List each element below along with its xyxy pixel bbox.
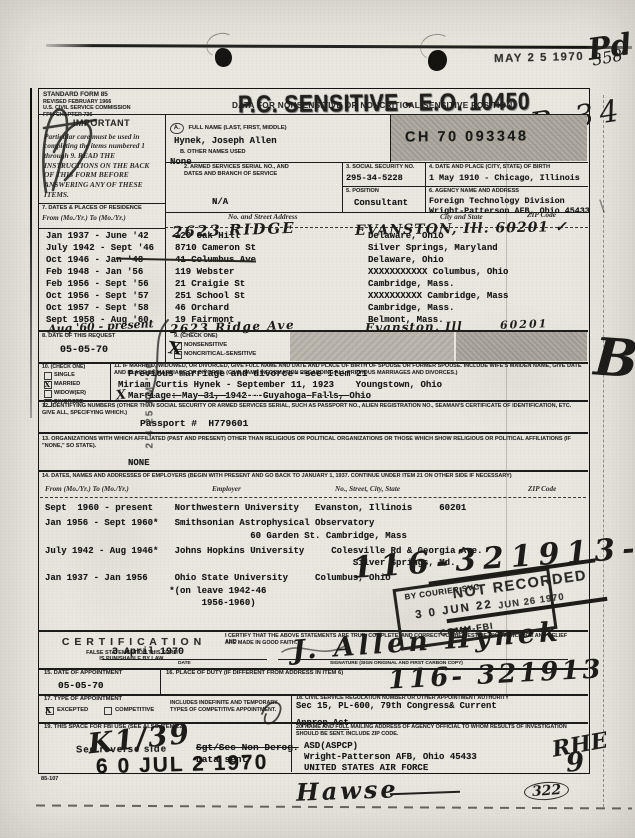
item-10-label: 10. (CHECK ONE): [42, 364, 108, 370]
checkbox-competitive: [104, 707, 112, 715]
scan-left-edge: [30, 88, 32, 418]
residence-dates: Oct 1956 - Sept '57: [46, 291, 149, 302]
punch-crescent-left: [204, 30, 239, 61]
residence-street: 8710 Cameron St: [175, 243, 256, 254]
important-box: IMPORTANT Particular care must be used i…: [44, 118, 159, 199]
item-1a-label: FULL NAME (LAST, FIRST, MIDDLE): [188, 125, 286, 131]
important-body: Particular care must be used in completi…: [44, 132, 159, 199]
item-6-value-line1: Foreign Technology Division: [429, 196, 587, 207]
item-11-line3: Marriage: May 31, 1942---Cuyahoga Falls,…: [128, 391, 371, 402]
item-4-value: 1 May 1910 - Chicago, Illinois: [429, 173, 586, 184]
important-heading: IMPORTANT: [44, 118, 159, 129]
item-15-value: 05-05-70: [58, 680, 156, 692]
residence-city: XXXXXXXXXX Cambridge, Mass: [368, 291, 508, 302]
residence-city: Delaware, Ohio: [368, 255, 444, 266]
pd-scrawl: Pd: [586, 27, 634, 68]
circled-number: 322: [523, 780, 569, 801]
employer-line: Jan 1956 - Sept 1960* Smithsonian Astrop…: [45, 518, 482, 529]
residence-city: Cambridge, Mass.: [368, 279, 454, 290]
form-id-line: U.S. CIVIL SERVICE COMMISSION: [43, 105, 131, 111]
item-12-value: Passport # H779601: [140, 418, 248, 430]
residence-dates: Oct 1957 - Sept '58: [46, 303, 149, 314]
grid-h-item34: [342, 186, 588, 187]
item-4-label: 4. DATE AND PLACE (CITY, STATE) OF BIRTH: [429, 164, 586, 171]
item-10-opt2: MARRIED: [54, 381, 80, 388]
residence-street: 251 School St: [175, 291, 245, 302]
item-17-note1: INCLUDES INDEFINITE AND TEMPORARY: [170, 700, 278, 706]
residence-dates: July 1942 - Sept '46: [46, 243, 154, 254]
item-8-label: 8. DATE OF THIS REQUEST: [42, 333, 160, 340]
residence-dates: Feb 1956 - Sept '56: [46, 279, 149, 290]
employer-line: Sept 1960 - present Northwestern Univers…: [45, 503, 482, 514]
item-18-line1: Sec 15, PL-600, 79th Congress& Current: [296, 701, 584, 712]
punch-crescent-right: [418, 31, 455, 63]
item-17-excepted-mark: X: [45, 706, 51, 714]
residence-street: 46 Orchard: [175, 303, 229, 314]
item-20-line1: ASD(ASPCP): [304, 741, 584, 752]
checkbox-widower: [44, 390, 52, 398]
item-12-label: 12. IDENTIFYING NUMBERS (OTHER THAN SOCI…: [42, 403, 582, 417]
received-date-stamp: MAY 2 5 1970: [494, 51, 585, 65]
item-20-label: 20. NAME AND FULL MAILING ADDRESS OF AGE…: [296, 724, 584, 738]
item-10-cell: 10. (CHECK ONE) SINGLE MARRIED X WIDOW(E…: [42, 364, 108, 370]
employer-line: 60 Garden St. Cambridge, Mass: [45, 531, 482, 542]
hawse-flourish: [390, 791, 460, 796]
item-5-value: Consultant: [354, 198, 424, 209]
item-13-value: NONE: [128, 458, 150, 469]
residence-city: XXXXXXXXXXX Columbus, Ohio: [368, 267, 508, 278]
hw-residence-row-zip: 60201: [500, 317, 549, 332]
item-12-cell: 12. IDENTIFYING NUMBERS (OTHER THAN SOCI…: [42, 403, 582, 417]
item-13-cell: 13. ORGANIZATIONS WITH WHICH AFFILIATED …: [42, 436, 582, 450]
item-2-value: N/A: [212, 197, 228, 208]
bottom-dashed-line: [36, 804, 632, 809]
item-17-note2: TYPES OF COMPETITIVE APPOINTMENT.: [170, 707, 276, 713]
residence-street: 21 Craigie St: [175, 279, 245, 290]
item-9-shaded-area-2: [456, 332, 587, 361]
item-9-checkmark: X: [167, 340, 182, 359]
grid-h-res-top: [38, 228, 165, 229]
grid-v-item34: [425, 162, 426, 212]
item-15-cell: 15. DATE OF APPOINTMENT 05-05-70: [44, 670, 156, 692]
residence-city: Cambridge, Mass.: [368, 303, 454, 314]
residence-dates: Jan 1937 - June '42: [46, 231, 149, 242]
residence-dates: Oct 1946 - Jan '48: [46, 255, 143, 266]
fbi-date-stamp: 6 0 JUL 2 1970: [96, 751, 269, 780]
item-20-line2: Wright-Patterson AFB, Ohio 45433: [304, 752, 584, 763]
form-number-footer: 85-107: [41, 776, 58, 783]
serial-number-stamp: CH 70 093348: [405, 128, 529, 145]
certification-date: 3 April 1970: [112, 647, 184, 660]
item-5-label: 5. POSITION: [346, 188, 424, 195]
item-1-cell: A. FULL NAME (LAST, FIRST, MIDDLE) Hynek…: [170, 116, 385, 168]
hw-rhe-9: 9: [565, 747, 585, 778]
item-3-value: 295-34-5228: [346, 173, 424, 184]
residence-dates: Feb 1948 - Jan '56: [46, 267, 143, 278]
hawse-signature: Hawse: [296, 774, 400, 807]
item-20-cell: 20. NAME AND FULL MAILING ADDRESS OF AGE…: [296, 724, 584, 774]
item-11-line2: Miriam Curtis Hynek - September 11, 1923…: [118, 380, 442, 391]
item-7-sublabel: From (Mo./Yr.) To (Mo./Yr.): [42, 214, 162, 223]
item-1b-label: B. OTHER NAMES USED: [180, 149, 385, 156]
item-7-label: 7. DATES & PLACES OF RESIDENCE: [42, 205, 162, 212]
employer-col-address: No., Street, City, State: [335, 485, 400, 494]
residence-street: 119 Webster: [175, 267, 234, 278]
residence-city: Silver Springs, Maryland: [368, 243, 498, 254]
checkbox-single: [44, 372, 52, 380]
item-2-label: 2. ARMED SERVICES SERIAL NO., AND DATES …: [184, 164, 294, 177]
item-9-shaded-area-1: [290, 332, 454, 361]
certification-date-label: DATE: [178, 661, 191, 667]
grid-v-leftcol: [165, 114, 166, 362]
item-20-line3: UNITED STATES AIR FORCE: [304, 763, 584, 774]
item-9-cell: 9. (CHECK ONE) NONSENSITIVE NONCRITICAL-…: [170, 333, 288, 340]
item-9-label: 9. (CHECK ONE): [174, 333, 288, 340]
item-14-label: 14. DATES, NAMES AND ADDRESSES OF EMPLOY…: [42, 473, 582, 480]
scanned-document-page: MAY 2 5 1970 358 Pd R-34 B STANDARD FORM…: [0, 0, 635, 838]
item-13-label: 13. ORGANIZATIONS WITH WHICH AFFILIATED …: [42, 436, 582, 450]
item-4-cell: 4. DATE AND PLACE (CITY, STATE) OF BIRTH…: [429, 164, 586, 183]
certification-body2: ARE MADE IN GOOD FAITH.: [225, 640, 297, 646]
grid-v-item1718: [291, 694, 292, 772]
item-17-opt2: COMPETITIVE: [115, 707, 154, 714]
grid-h-item14-top: [38, 470, 588, 472]
grid-v-item1011: [110, 362, 111, 400]
item-14-cell: 14. DATES, NAMES AND ADDRESSES OF EMPLOY…: [42, 473, 582, 480]
item-1a-value: Hynek, Joseph Allen: [174, 136, 385, 147]
grid-h-item13-top: [38, 432, 588, 434]
item-3-cell: 3. SOCIAL SECURITY NO. 295-34-5228: [346, 164, 424, 183]
employer-header-dashes: [40, 497, 586, 498]
item-2-cell: 2. ARMED SERVICES SERIAL NO., AND DATES …: [170, 164, 338, 210]
serial-stamp-box: CH 70 093348: [391, 115, 587, 161]
item-9-opt2: NONCRITICAL-SENSITIVE: [184, 351, 256, 358]
employer-col-zip: ZIP Code: [528, 485, 556, 494]
item-7-header-cell: 7. DATES & PLACES OF RESIDENCE From (Mo.…: [42, 205, 162, 222]
grid-v-item1516: [160, 668, 161, 694]
item-10-opt3: WIDOW(ER): [54, 390, 86, 397]
item-16-label: 16. PLACE OF DUTY (IF DIFFERENT FROM ADD…: [166, 670, 343, 677]
item-17-cell: 17. TYPE OF APPOINTMENT X EXCEPTED COMPE…: [44, 696, 288, 703]
item-17-opt1: EXCEPTED: [57, 707, 88, 714]
employer-col-dates: From (Mo./Yr.) To (Mo./Yr.): [45, 485, 129, 494]
form-id-line: STANDARD FORM 85: [43, 91, 131, 99]
item-10-opt1: SINGLE: [54, 372, 75, 379]
item-5-cell: 5. POSITION Consultant: [346, 188, 424, 209]
paper-edge-dashed-line: [603, 95, 604, 807]
item-3-label: 3. SOCIAL SECURITY NO.: [346, 164, 424, 171]
certification-date-line: [102, 659, 267, 660]
item-11-x-mark: X: [115, 388, 127, 404]
item-10-married-mark: X: [45, 381, 50, 388]
grid-v-item23: [342, 162, 343, 212]
form-id-block: STANDARD FORM 85 REVISED FEBRUARY 1966 U…: [43, 91, 131, 118]
time-received-faint-stamp: 2 4 25 PM '70: [145, 319, 156, 449]
item-9-opt1: NONSENSITIVE: [184, 342, 227, 349]
scan-top-band: [46, 44, 632, 49]
item-15-label: 15. DATE OF APPOINTMENT: [44, 670, 156, 677]
b-scrawl: B: [592, 327, 635, 391]
item-11-line1: Previous marriage and divorce--see Item …: [128, 368, 367, 380]
item-8-cell: 8. DATE OF THIS REQUEST 05-05-70: [42, 333, 160, 357]
employer-col-employer: Employer: [212, 485, 241, 494]
item-6-label: 6. AGENCY NAME AND ADDRESS: [429, 188, 587, 195]
item-1a-number-circled: A.: [169, 122, 184, 135]
